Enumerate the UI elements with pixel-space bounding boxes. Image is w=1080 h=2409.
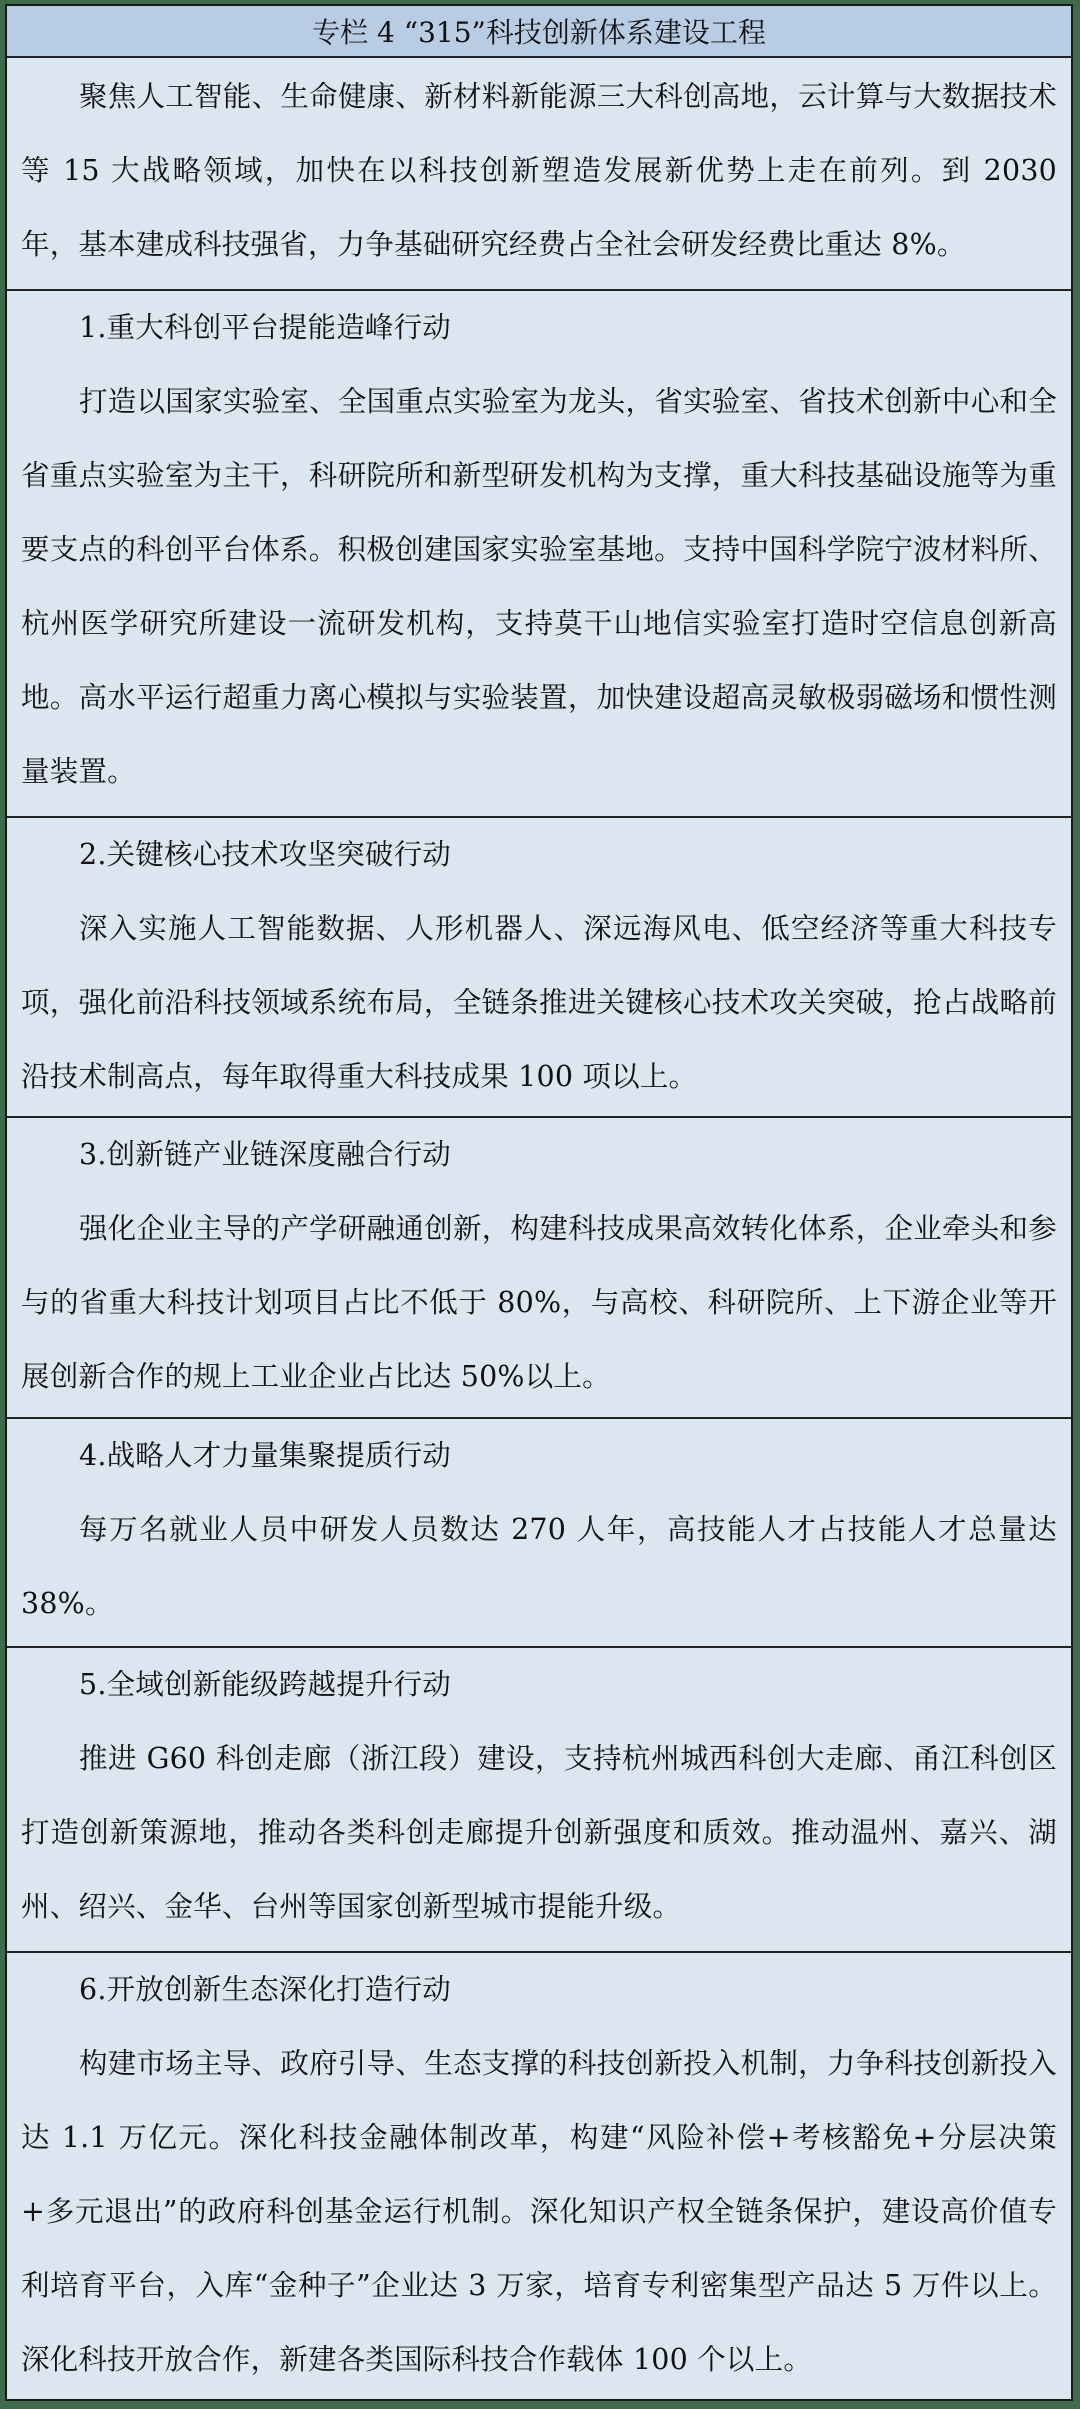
action-paragraph: 打造以国家实验室、全国重点实验室为龙头，省实验室、省技术创新中心和全省重点实验室… [21,365,1057,809]
action-section-5: 5.全域创新能级跨越提升行动 推进 G60 科创走廊（浙江段）建设，支持杭州城西… [7,1648,1071,1953]
action-title: 3.创新链产业链深度融合行动 [21,1118,1057,1192]
action-paragraph: 构建市场主导、政府引导、生态支撑的科技创新投入机制，力争科技创新投入达 1.1 … [21,2027,1057,2397]
action-paragraph: 深入实施人工智能数据、人形机器人、深远海风电、低空经济等重大科技专项，强化前沿科… [21,892,1057,1114]
action-section-3: 3.创新链产业链深度融合行动 强化企业主导的产学研融通创新，构建科技成果高效转化… [7,1118,1071,1419]
column-box: 专栏 4 “315”科技创新体系建设工程 聚焦人工智能、生命健康、新材料新能源三… [5,4,1073,2401]
action-title: 4.战略人才力量集聚提质行动 [21,1419,1057,1493]
action-section-2: 2.关键核心技术攻坚突破行动 深入实施人工智能数据、人形机器人、深远海风电、低空… [7,818,1071,1118]
action-title: 6.开放创新生态深化打造行动 [21,1953,1057,2027]
action-paragraph: 推进 G60 科创走廊（浙江段）建设，支持杭州城西科创大走廊、甬江科创区打造创新… [21,1722,1057,1944]
action-title: 5.全域创新能级跨越提升行动 [21,1648,1057,1722]
action-paragraph: 强化企业主导的产学研融通创新，构建科技成果高效转化体系，企业牵头和参与的省重大科… [21,1192,1057,1414]
action-section-1: 1.重大科创平台提能造峰行动 打造以国家实验室、全国重点实验室为龙头，省实验室、… [7,291,1071,818]
action-section-4: 4.战略人才力量集聚提质行动 每万名就业人员中研发人员数达 270 人年，高技能… [7,1419,1071,1648]
action-section-6: 6.开放创新生态深化打造行动 构建市场主导、政府引导、生态支撑的科技创新投入机制… [7,1953,1071,2399]
intro-paragraph: 聚焦人工智能、生命健康、新材料新能源三大科创高地，云计算与大数据技术等 15 大… [21,60,1057,282]
action-paragraph: 每万名就业人员中研发人员数达 270 人年，高技能人才占技能人才总量达 38%。 [21,1493,1057,1641]
action-title: 1.重大科创平台提能造峰行动 [21,291,1057,365]
intro-section: 聚焦人工智能、生命健康、新材料新能源三大科创高地，云计算与大数据技术等 15 大… [7,58,1071,291]
column-header: 专栏 4 “315”科技创新体系建设工程 [7,6,1071,58]
column-title: 专栏 4 “315”科技创新体系建设工程 [312,11,766,51]
action-title: 2.关键核心技术攻坚突破行动 [21,818,1057,892]
